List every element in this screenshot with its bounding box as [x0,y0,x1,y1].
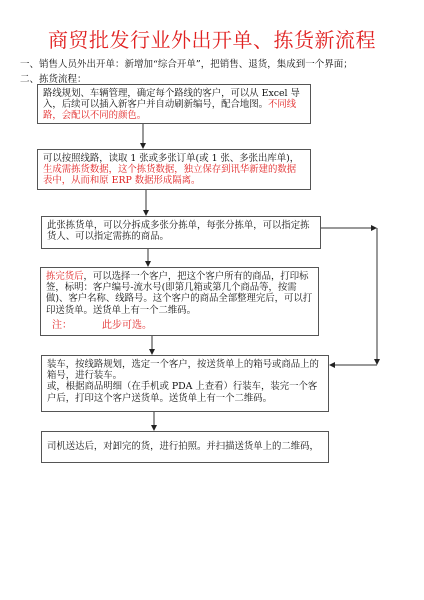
flow-step-loading: 装车，按线路规划，选定一个客户，按送货单上的箱号或商品上的箱号，进行装车。 或，… [41,355,329,412]
step-text: 装车，按线路规划，选定一个客户，按送货单上的箱号或商品上的箱号，进行装车。 [47,359,323,381]
optional-note: 注：此步可选。 [46,320,313,331]
flow-step-delivery: 司机送达后，对卸完的货，进行拍照。并扫描送货单上的二维码， [41,431,329,463]
step-text: ，可以选择一个客户，把这个客户所有的商品，打印标签，标明：客户编号-流水号(即第… [46,271,312,316]
note-label: 注： [52,320,72,331]
step-text: 路线规划、车辆管理，确定每个路线的客户，可以从 Excel 导入，后续可以插入新… [43,88,300,110]
flow-step-generate-picking-data: 可以按照线路，读取 1 张或多张订单(或 1 张、多张出库单)，生成需拣货数据，… [37,149,311,190]
step-text-highlight: 拣完货后 [46,271,84,282]
step-text: 此张拣货单，可以分拆成多张分拣单，每张分拣单，可以指定拣货人、可以指定需拣的商品… [47,220,310,242]
flow-step-route-planning: 路线规划、车辆管理，确定每个路线的客户，可以从 Excel 导入，后续可以插入新… [37,84,311,124]
step-text-highlight: 生成需拣货数据，这个拣货数据，独立保存到讯华新建的数据表中，从而和原 ERP 数… [43,164,296,186]
flow-step-split-picking: 此张拣货单，可以分拆成多张分拣单，每张分拣单，可以指定拣货人、可以指定需拣的商品… [41,216,321,249]
step-text: 司机送达后，对卸完的货，进行拍照。并扫描送货单上的二维码， [47,441,319,452]
flow-step-label-print: 拣完货后，可以选择一个客户，把这个客户所有的商品，打印标签，标明：客户编号-流水… [40,267,319,336]
step-text: 可以按照线路，读取 1 张或多张订单(或 1 张、多张出库单)， [43,153,299,164]
step-text-alt: 或，根据商品明细（在手机或 PDA 上查看）行装车，装完一个客户后，打印这个客户… [47,381,323,403]
note-text: 此步可选。 [102,320,152,331]
